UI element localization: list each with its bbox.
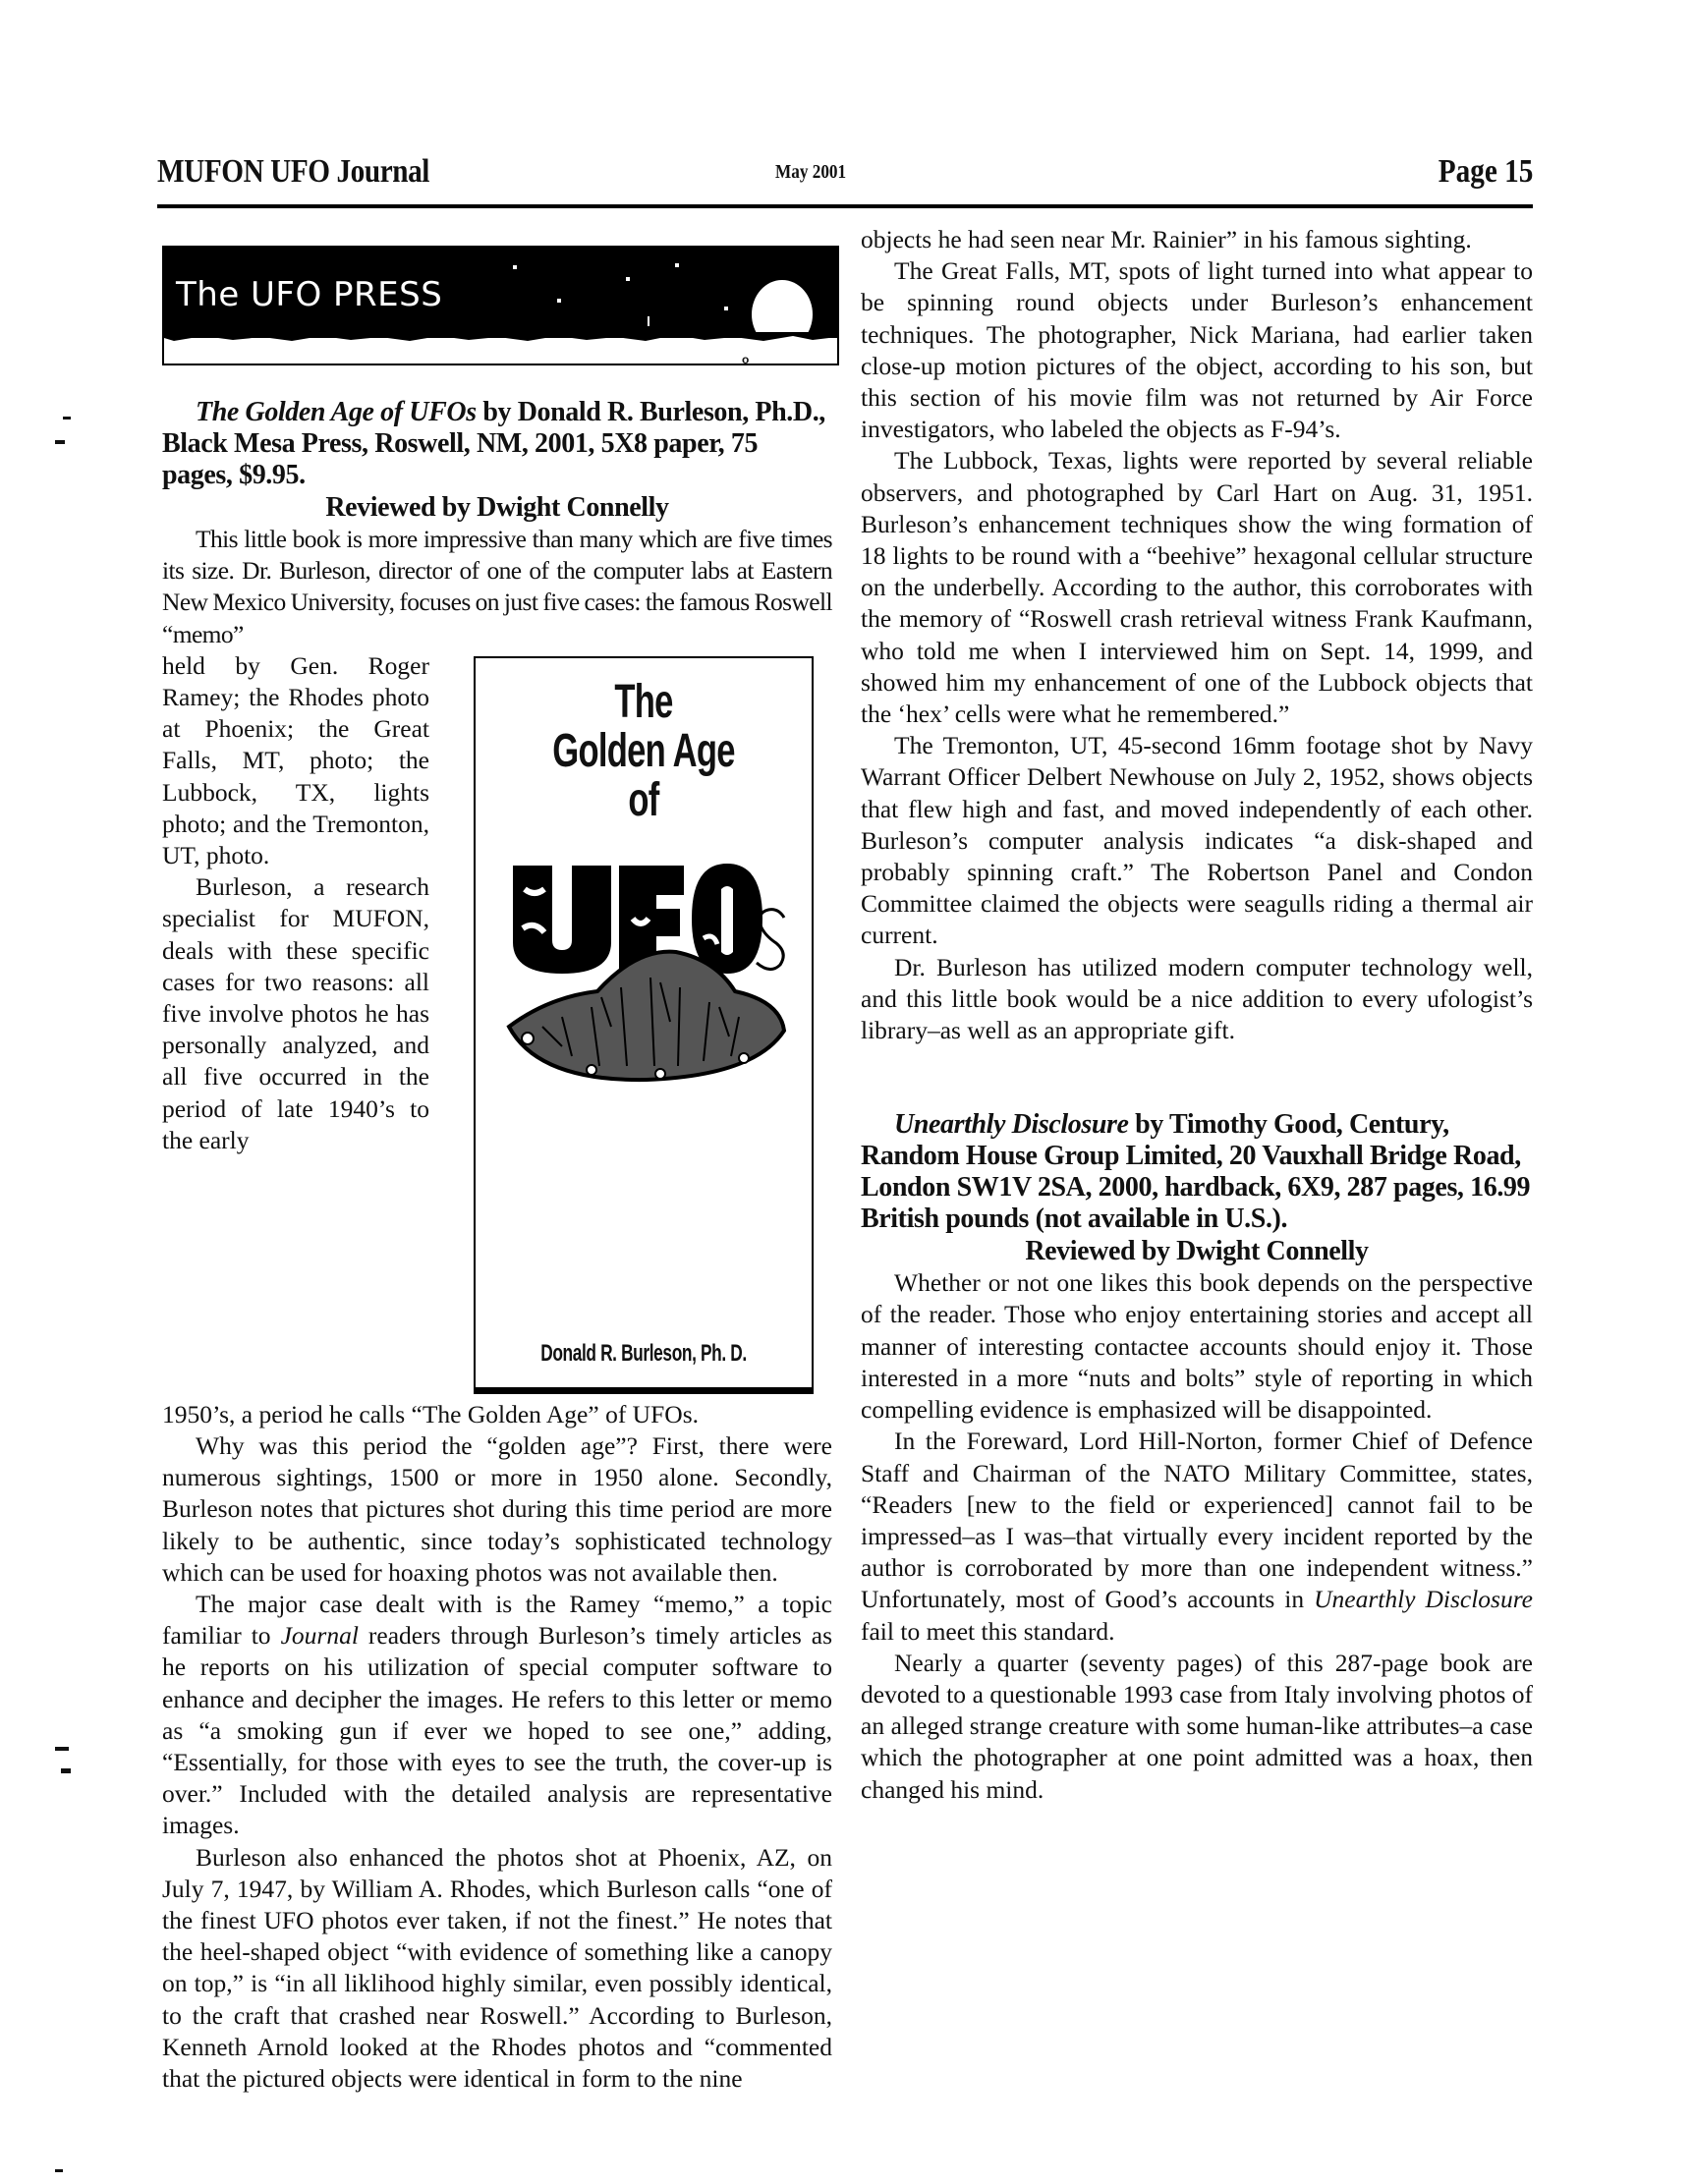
review1-paragraph: Why was this period the “golden age”? Fi… <box>162 1430 832 1589</box>
book-cover-image: The Golden Age of <box>474 656 814 1394</box>
review1-wrap-paragraph-1: held by Gen. Roger Ramey; the Rhodes pho… <box>162 650 429 871</box>
ufo-press-banner: The UFO PRESS o <box>162 246 839 365</box>
star-icon <box>675 263 679 267</box>
section-spacer <box>861 1046 1533 1109</box>
right-column: objects he had seen near Mr. Rainier” in… <box>861 224 1533 1806</box>
page-header: MUFON UFO Journal May 2001 Page 15 <box>157 145 1533 204</box>
foreward-post: fail to meet this standard. <box>861 1617 1114 1646</box>
star-icon <box>724 307 728 310</box>
foreward-book-italic: Unearthly Disclosure <box>1314 1585 1533 1613</box>
cover-title-line: Golden Age <box>523 727 764 776</box>
foreward-pre: Good’s accounts in <box>1104 1585 1314 1613</box>
review1-intro: This little book is more impressive than… <box>162 524 832 650</box>
scan-speck <box>55 1747 69 1751</box>
header-rule <box>157 204 1533 208</box>
cover-author: Donald R. Burleson, Ph. D. <box>523 1338 764 1370</box>
review1-book-title: The Golden Age of UFOs <box>196 397 477 427</box>
scan-speck <box>61 1768 71 1773</box>
review1-heading: The Golden Age of UFOs by Donald R. Burl… <box>162 397 832 491</box>
wrap-text: held by Gen. Roger Ramey; the Rhodes pho… <box>162 650 429 1156</box>
issue-date: May 2001 <box>775 161 846 184</box>
review2-paragraph-foreward: In the Foreward, Lord Hill-Norton, forme… <box>861 1426 1533 1647</box>
review1-after-wrap: 1950’s, a period he calls “The Golden Ag… <box>162 1399 832 1430</box>
banner-title: The UFO PRESS <box>176 279 442 310</box>
scan-speck <box>55 2169 63 2172</box>
cover-title: The Golden Age of <box>523 678 764 825</box>
star-icon <box>557 299 561 303</box>
star-icon <box>648 316 649 326</box>
ramey-text-rest: readers through Burleson’s timely articl… <box>162 1621 832 1839</box>
banner-mark: o <box>742 344 749 365</box>
review2-book-title: Unearthly Disclosure <box>894 1109 1129 1140</box>
review2-paragraph: Nearly a quarter (seventy pages) of this… <box>861 1648 1533 1806</box>
review1-reviewer: Reviewed by Dwight Connelly <box>162 491 832 524</box>
review1-paragraph: Burleson also enhanced the photos shot a… <box>162 1842 832 2096</box>
flying-saucer-icon <box>503 948 788 1086</box>
review1-continued: objects he had seen near Mr. Rainier” in… <box>861 224 1533 255</box>
review1-paragraph: The Tremonton, UT, 45-second 16mm footag… <box>861 730 1533 951</box>
scan-speck <box>55 440 65 444</box>
review1-paragraph-ramey: The major case dealt with is the Ramey “… <box>162 1589 832 1842</box>
review1-paragraph: The Lubbock, Texas, lights were reported… <box>861 445 1533 730</box>
page-number: Page 15 <box>1438 153 1533 191</box>
grass-silhouette-icon <box>164 332 837 344</box>
cover-wrap-block: held by Gen. Roger Ramey; the Rhodes pho… <box>162 650 832 1399</box>
cover-title-line: The <box>523 678 764 727</box>
star-icon <box>626 277 630 281</box>
star-icon <box>513 265 517 269</box>
review2-heading: Unearthly Disclosure by Timothy Good, Ce… <box>861 1109 1533 1235</box>
review1-paragraph: Dr. Burleson has utilized modern compute… <box>861 952 1533 1047</box>
review1-wrap-paragraph-2: Burleson, a research specialist for MUFO… <box>162 871 429 1156</box>
review2-paragraph: Whether or not one likes this book depen… <box>861 1267 1533 1426</box>
left-column: The UFO PRESS o The Golden Age of UFOs b… <box>162 224 832 2095</box>
publication-title: MUFON UFO Journal <box>157 153 429 191</box>
journal-italic: Journal <box>281 1621 359 1650</box>
review1-paragraph: The Great Falls, MT, spots of light turn… <box>861 255 1533 445</box>
scan-speck <box>63 417 71 420</box>
review2-reviewer: Reviewed by Dwight Connelly <box>861 1235 1533 1267</box>
cover-title-line: of <box>523 776 764 825</box>
